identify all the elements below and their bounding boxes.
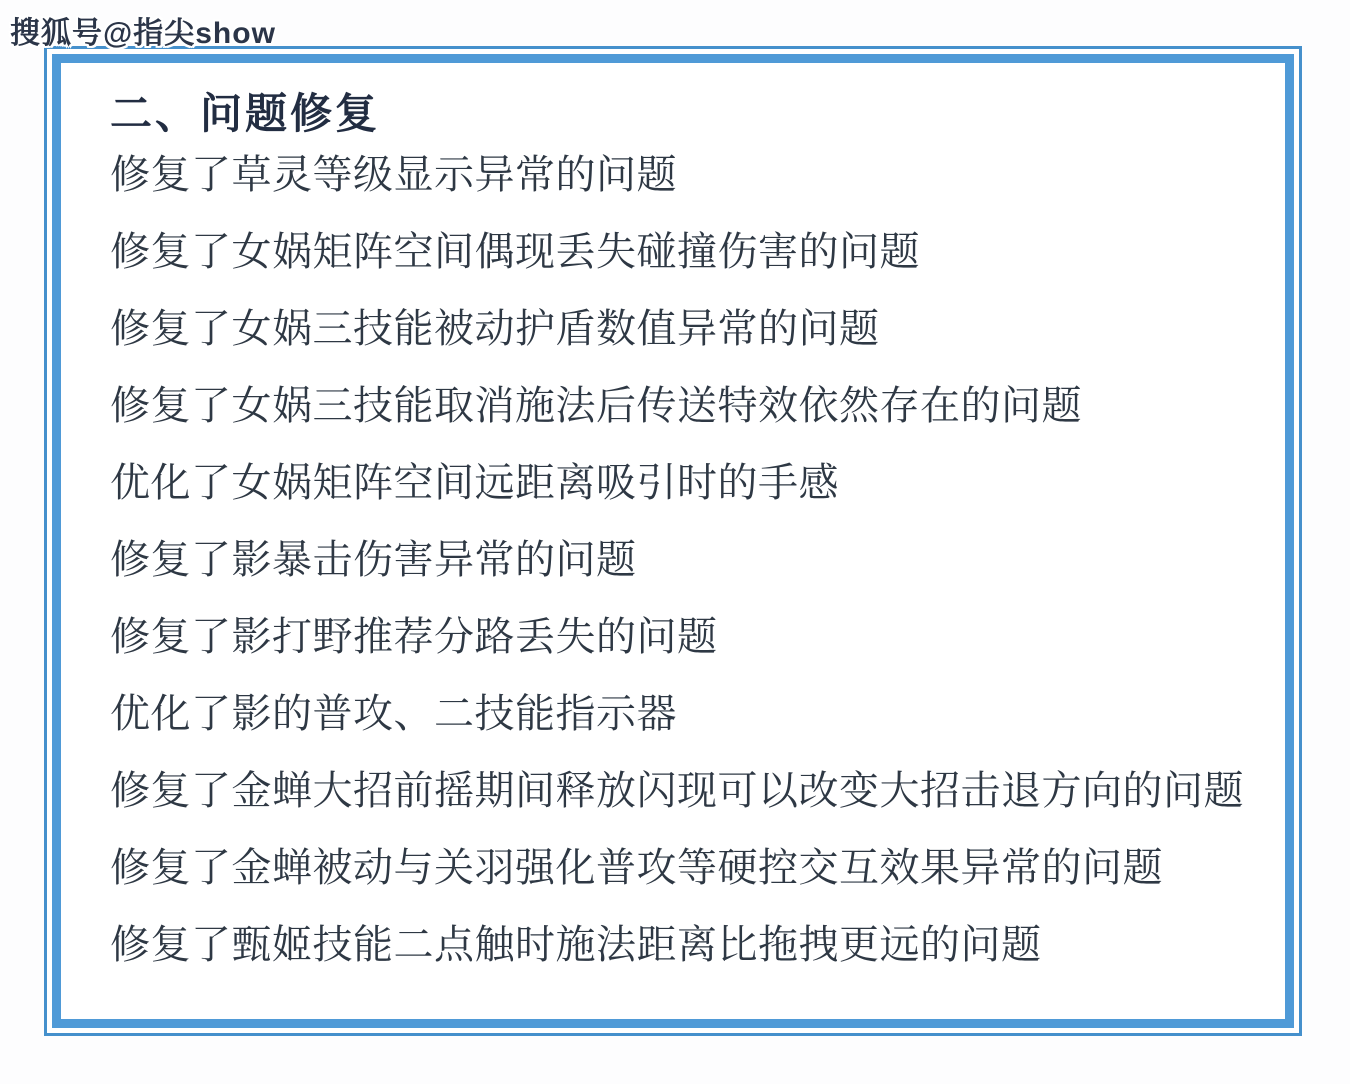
list-item: 优化了女娲矩阵空间远距离吸引时的手感 [110, 463, 1265, 503]
fix-list: 修复了草灵等级显示异常的问题 修复了女娲矩阵空间偶现丢失碰撞伤害的问题 修复了女… [110, 155, 1265, 965]
list-item: 修复了女娲三技能被动护盾数值异常的问题 [110, 309, 1265, 349]
patch-notes-content: 二、问题修复 修复了草灵等级显示异常的问题 修复了女娲矩阵空间偶现丢失碰撞伤害的… [61, 63, 1285, 965]
list-item: 修复了甄姬技能二点触时施法距离比拖拽更远的问题 [110, 925, 1265, 965]
watermark: 搜狐号@指尖show [10, 8, 276, 52]
list-item: 修复了影暴击伤害异常的问题 [110, 540, 1265, 580]
list-item: 优化了影的普攻、二技能指示器 [110, 694, 1265, 734]
list-item: 修复了影打野推荐分路丢失的问题 [110, 617, 1265, 657]
section-title: 二、问题修复 [110, 93, 1265, 135]
frame-outer: 二、问题修复 修复了草灵等级显示异常的问题 修复了女娲矩阵空间偶现丢失碰撞伤害的… [44, 46, 1302, 1036]
list-item: 修复了女娲三技能取消施法后传送特效依然存在的问题 [110, 386, 1265, 426]
list-item: 修复了金蝉被动与关羽强化普攻等硬控交互效果异常的问题 [110, 848, 1265, 888]
list-item: 修复了金蝉大招前摇期间释放闪现可以改变大招击退方向的问题 [110, 771, 1265, 811]
frame-inner: 二、问题修复 修复了草灵等级显示异常的问题 修复了女娲矩阵空间偶现丢失碰撞伤害的… [52, 54, 1294, 1028]
list-item: 修复了草灵等级显示异常的问题 [110, 155, 1265, 195]
list-item: 修复了女娲矩阵空间偶现丢失碰撞伤害的问题 [110, 232, 1265, 272]
